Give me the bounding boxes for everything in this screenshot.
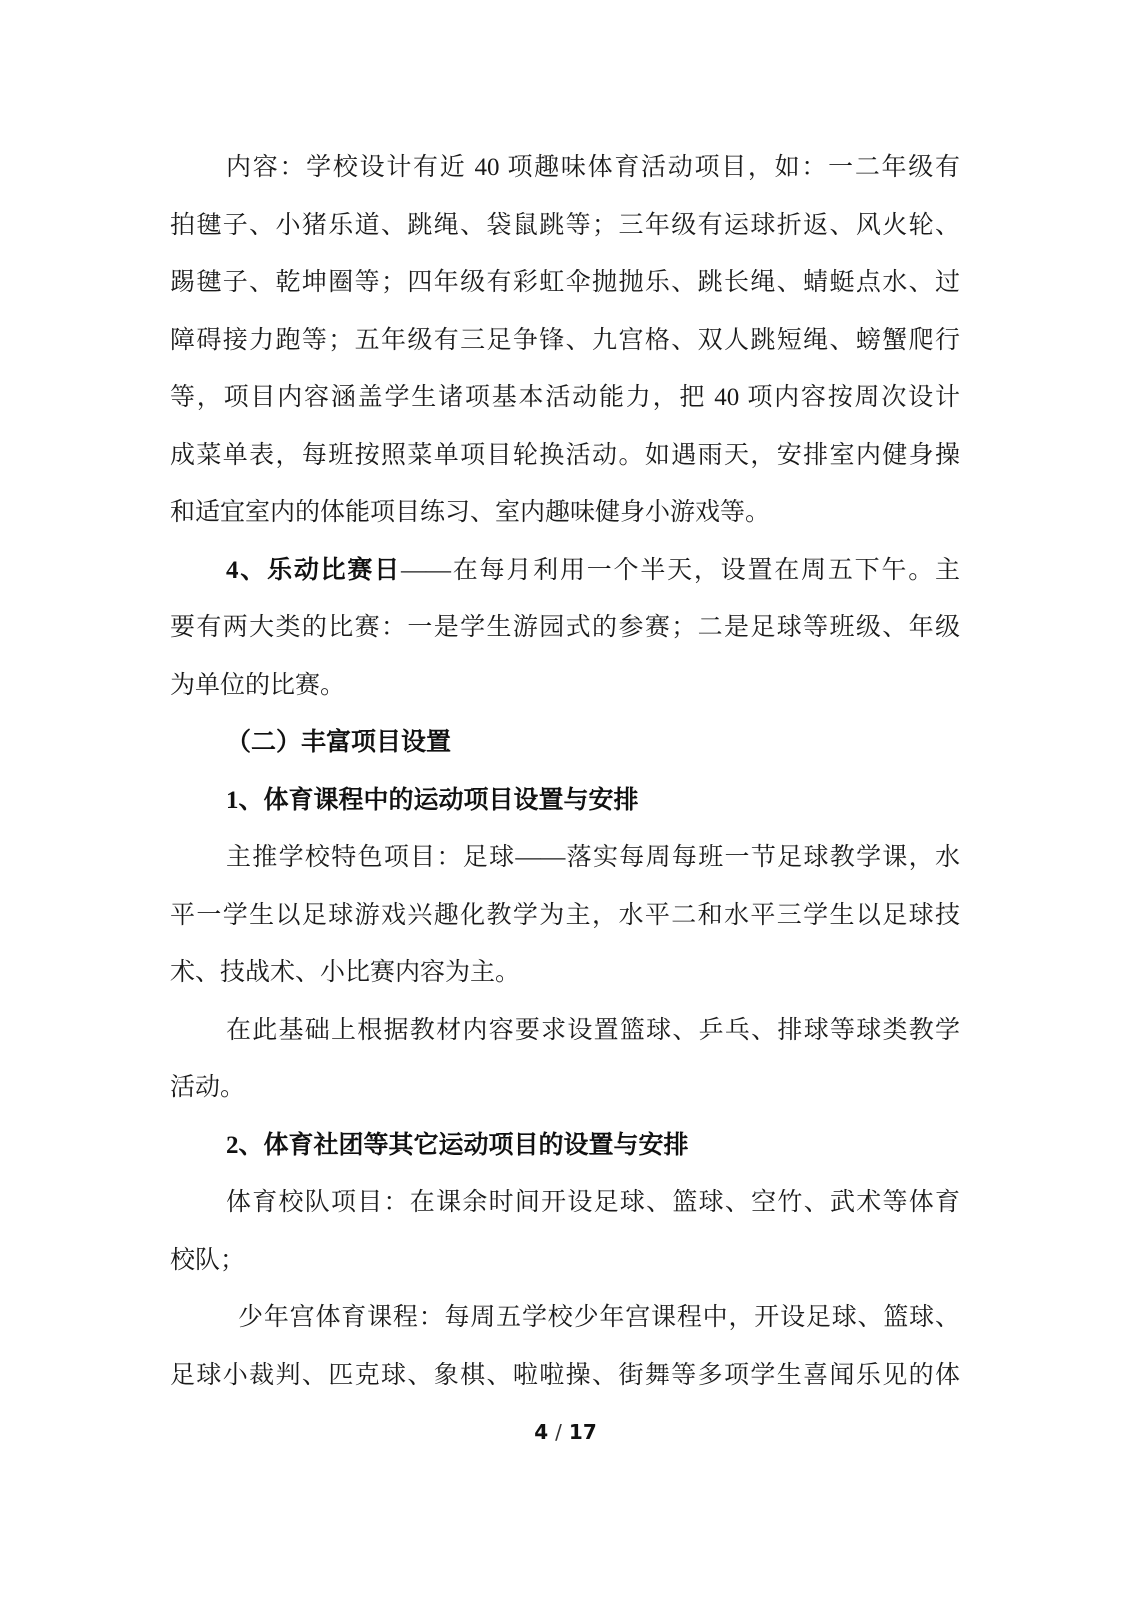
text-line: 为单位的比赛。 (170, 657, 960, 715)
text-run: 障碍接力跑等；五年级有三足争锋、九宫格、双人跳短绳、螃蟹爬行 (170, 327, 960, 354)
text-line: 活动。 (170, 1059, 960, 1117)
text-run: 术、技战术、小比赛内容为主。 (170, 959, 520, 986)
text-run: 踢毽子、乾坤圈等；四年级有彩虹伞抛抛乐、跳长绳、蜻蜓点水、过 (170, 269, 960, 296)
text-run: 1、体育课程中的运动项目设置与安排 (226, 787, 639, 814)
text-run: 4、乐动比赛日 (226, 557, 401, 584)
text-run: 要有两大类的比赛：一是学生游园式的参赛；二是足球等班级、年级 (170, 614, 960, 641)
page-number-current: 4 (534, 1420, 548, 1444)
text-line: 内容：学校设计有近 40 项趣味体育活动项目，如：一二年级有 (170, 139, 960, 197)
document-body: 内容：学校设计有近 40 项趣味体育活动项目，如：一二年级有拍毽子、小猪乐道、跳… (170, 139, 960, 1404)
text-line: 和适宜室内的体能项目练习、室内趣味健身小游戏等。 (170, 484, 960, 542)
text-run: 成菜单表，每班按照菜单项目轮换活动。如遇雨天，安排室内健身操 (170, 442, 960, 469)
text-run: 平一学生以足球游戏兴趣化教学为主，水平二和水平三学生以足球技 (170, 902, 960, 929)
text-run: 为单位的比赛。 (170, 672, 345, 699)
text-run: 校队； (170, 1247, 245, 1274)
text-line: 在此基础上根据教材内容要求设置篮球、乒乓、排球等球类教学 (170, 1002, 960, 1060)
text-line: 障碍接力跑等；五年级有三足争锋、九宫格、双人跳短绳、螃蟹爬行 (170, 312, 960, 370)
page-number-separator: / (555, 1420, 562, 1444)
text-run: 主推学校特色项目：足球——落实每周每班一节足球教学课，水 (226, 844, 960, 871)
text-run: 2、体育社团等其它运动项目的设置与安排 (226, 1132, 689, 1159)
heading-line: 1、体育课程中的运动项目设置与安排 (170, 772, 960, 830)
text-line: 成菜单表，每班按照菜单项目轮换活动。如遇雨天，安排室内健身操 (170, 427, 960, 485)
text-run: 等，项目内容涵盖学生诸项基本活动能力，把 40 项内容按周次设计 (170, 384, 960, 411)
text-line: 拍毽子、小猪乐道、跳绳、袋鼠跳等；三年级有运球折返、风火轮、 (170, 197, 960, 255)
text-run: ——在每月利用一个半天，设置在周五下午。主 (401, 557, 960, 584)
text-line: 主推学校特色项目：足球——落实每周每班一节足球教学课，水 (170, 829, 960, 887)
text-line: 术、技战术、小比赛内容为主。 (170, 944, 960, 1002)
text-line: 4、乐动比赛日——在每月利用一个半天，设置在周五下午。主 (170, 542, 960, 600)
page-footer: 4/17 (0, 1420, 1131, 1444)
text-line: 少年宫体育课程：每周五学校少年宫课程中，开设足球、篮球、 (170, 1289, 960, 1347)
text-run: （二）丰富项目设置 (226, 729, 451, 756)
heading-line: 2、体育社团等其它运动项目的设置与安排 (170, 1117, 960, 1175)
page-number-total: 17 (569, 1420, 597, 1444)
text-line: 要有两大类的比赛：一是学生游园式的参赛；二是足球等班级、年级 (170, 599, 960, 657)
text-run: 内容：学校设计有近 40 项趣味体育活动项目，如：一二年级有 (226, 154, 960, 181)
heading-line: （二）丰富项目设置 (170, 714, 960, 772)
text-run: 足球小裁判、匹克球、象棋、啦啦操、街舞等多项学生喜闻乐见的体 (170, 1362, 960, 1389)
text-line: 踢毽子、乾坤圈等；四年级有彩虹伞抛抛乐、跳长绳、蜻蜓点水、过 (170, 254, 960, 312)
text-run: 和适宜室内的体能项目练习、室内趣味健身小游戏等。 (170, 499, 770, 526)
text-run: 活动。 (170, 1074, 245, 1101)
text-line: 等，项目内容涵盖学生诸项基本活动能力，把 40 项内容按周次设计 (170, 369, 960, 427)
text-line: 足球小裁判、匹克球、象棋、啦啦操、街舞等多项学生喜闻乐见的体 (170, 1347, 960, 1405)
text-run: 拍毽子、小猪乐道、跳绳、袋鼠跳等；三年级有运球折返、风火轮、 (170, 212, 960, 239)
text-run: 少年宫体育课程：每周五学校少年宫课程中，开设足球、篮球、 (238, 1304, 960, 1331)
text-line: 校队； (170, 1232, 960, 1290)
text-line: 平一学生以足球游戏兴趣化教学为主，水平二和水平三学生以足球技 (170, 887, 960, 945)
text-run: 在此基础上根据教材内容要求设置篮球、乒乓、排球等球类教学 (226, 1017, 960, 1044)
text-run: 体育校队项目：在课余时间开设足球、篮球、空竹、武术等体育 (226, 1189, 960, 1216)
text-line: 体育校队项目：在课余时间开设足球、篮球、空竹、武术等体育 (170, 1174, 960, 1232)
document-page: 内容：学校设计有近 40 项趣味体育活动项目，如：一二年级有拍毽子、小猪乐道、跳… (0, 0, 1131, 1600)
